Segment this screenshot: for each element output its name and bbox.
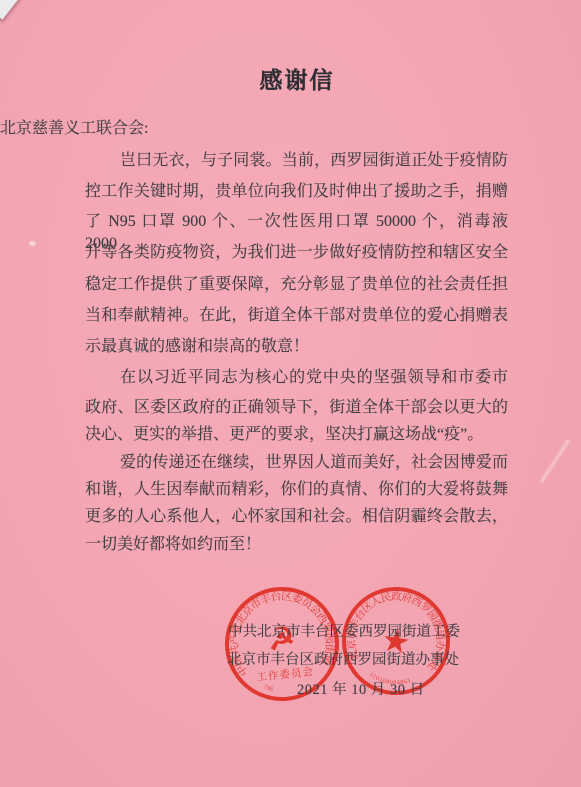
- letter-title: 感谢信: [85, 62, 509, 95]
- paper-crease: [535, 436, 575, 486]
- letter-line: 升等各类防疫物资，为我们进一步做好疫情防控和辖区安全: [85, 242, 508, 264]
- letter-page: 感谢信 北京慈善义工联合会: 岂曰无衣，与子同裳。当前，西罗园街道正处于疫情防 …: [0, 0, 581, 787]
- stamp-serial: 716: [262, 683, 275, 695]
- letter-line: 稳定工作提供了重要保障，充分彰显了贵单位的社会责任担: [85, 274, 508, 296]
- letter-title-text: 感谢信: [260, 68, 335, 93]
- letter-salutation: 北京慈善义工联合会:: [0, 118, 148, 140]
- letter-line: 当和奉献精神。在此，街道全体干部对贵单位的爱心捐赠表: [85, 305, 508, 327]
- letter-line: 更多的人心系他人，心怀家国和社会。相信阴霾终会散去，: [85, 506, 508, 528]
- letter-line: 爱的传递还在继续，世界因人道而美好，社会因博爱而: [120, 452, 508, 474]
- letter-line: 决心、更实的举措、更严的要求，坚决打赢这场战“疫”。: [85, 424, 483, 446]
- letter-line: 示最真诚的感谢和崇高的敬意！: [85, 336, 309, 358]
- paper-speck: [29, 241, 36, 246]
- page-corner-fold: [0, 0, 21, 20]
- letter-line: 在以习近平同志为核心的党中央的坚强领导和市委市: [120, 367, 508, 389]
- letter-line: 一切美好都将如约而至！: [85, 534, 261, 556]
- signature-line-2: 北京市丰台区政府西罗园街道办事处: [227, 648, 459, 669]
- signature-date: 2021 年 10 月 30 日: [297, 678, 425, 699]
- letter-line: 岂曰无衣，与子同裳。当前，西罗园街道正处于疫情防: [120, 150, 508, 172]
- letter-line: 和谐，人生因奉献而精彩，你们的真情、你们的大爱将鼓舞: [85, 479, 508, 501]
- signature-line-1: 中共北京市丰台区委西罗园街道工委: [228, 620, 460, 641]
- letter-line: 控工作关键时期，贵单位向我们及时伸出了援助之手，捐赠: [85, 181, 508, 203]
- letter-line: 政府、区委区政府的正确领导下，街道全体干部会以更大的: [85, 397, 508, 419]
